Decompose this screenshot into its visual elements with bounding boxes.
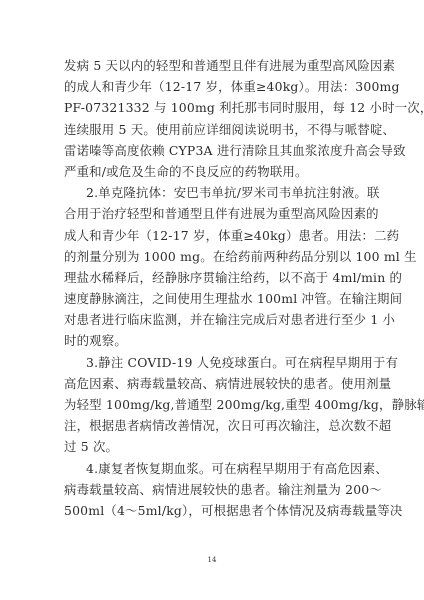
text-line: 严重和/或危及生命的不良反应的药物联用。 <box>64 161 360 182</box>
text-line: PF-07321332 与 100mg 利托那韦同时服用，每 12 小时一次， <box>64 97 360 118</box>
text-line: 为轻型 100mg/kg,普通型 200mg/kg,重型 400mg/kg，静脉… <box>64 394 360 415</box>
text-line: 的成人和青少年（12-17 岁，体重≥40kg）。用法：300mg <box>64 76 360 97</box>
text-line: 过 5 次。 <box>64 436 360 457</box>
document-page: 发病 5 天以内的轻型和普通型且伴有进展为重型高风险因素 的成人和青少年（12-… <box>0 0 424 600</box>
text-line: 2.单克隆抗体：安巴韦单抗/罗米司韦单抗注射液。联 <box>64 182 360 203</box>
text-line: 时的观察。 <box>64 330 360 351</box>
text-line: 的剂量分别为 1000 mg。在给药前两种药品分别以 100 ml 生 <box>64 246 360 267</box>
text-line: 理盐水稀释后，经静脉序贯输注给药，以不高于 4ml/min 的 <box>64 267 360 288</box>
text-line: 雷诺嗪等高度依赖 CYP3A 进行清除且其血浆浓度升高会导致 <box>64 140 360 161</box>
text-line: 发病 5 天以内的轻型和普通型且伴有进展为重型高风险因素 <box>64 55 360 76</box>
text-line: 注，根据患者病情改善情况，次日可再次输注，总次数不超 <box>64 415 360 436</box>
text-line: 连续服用 5 天。使用前应详细阅读说明书，不得与哌替啶、 <box>64 119 360 140</box>
text-line: 高危因素、病毒载量较高、病情进展较快的患者。使用剂量 <box>64 373 360 394</box>
text-line: 速度静脉滴注，之间使用生理盐水 100ml 冲管。在输注期间 <box>64 288 360 309</box>
page-number: 14 <box>0 556 424 564</box>
text-line: 病毒载量较高、病情进展较快的患者。输注剂量为 200～ <box>64 479 360 500</box>
text-line: 500ml（4～5ml/kg），可根据患者个体情况及病毒载量等决 <box>64 500 360 521</box>
text-line: 3.静注 COVID-19 人免疫球蛋白。可在病程早期用于有 <box>64 352 360 373</box>
text-line: 对患者进行临床监测，并在输注完成后对患者进行至少 1 小 <box>64 309 360 330</box>
body-text: 发病 5 天以内的轻型和普通型且伴有进展为重型高风险因素 的成人和青少年（12-… <box>64 55 360 521</box>
text-line: 合用于治疗轻型和普通型且伴有进展为重型高风险因素的 <box>64 203 360 224</box>
text-line: 成人和青少年（12-17 岁，体重≥40kg）患者。用法：二药 <box>64 225 360 246</box>
text-line: 4.康复者恢复期血浆。可在病程早期用于有高危因素、 <box>64 458 360 479</box>
